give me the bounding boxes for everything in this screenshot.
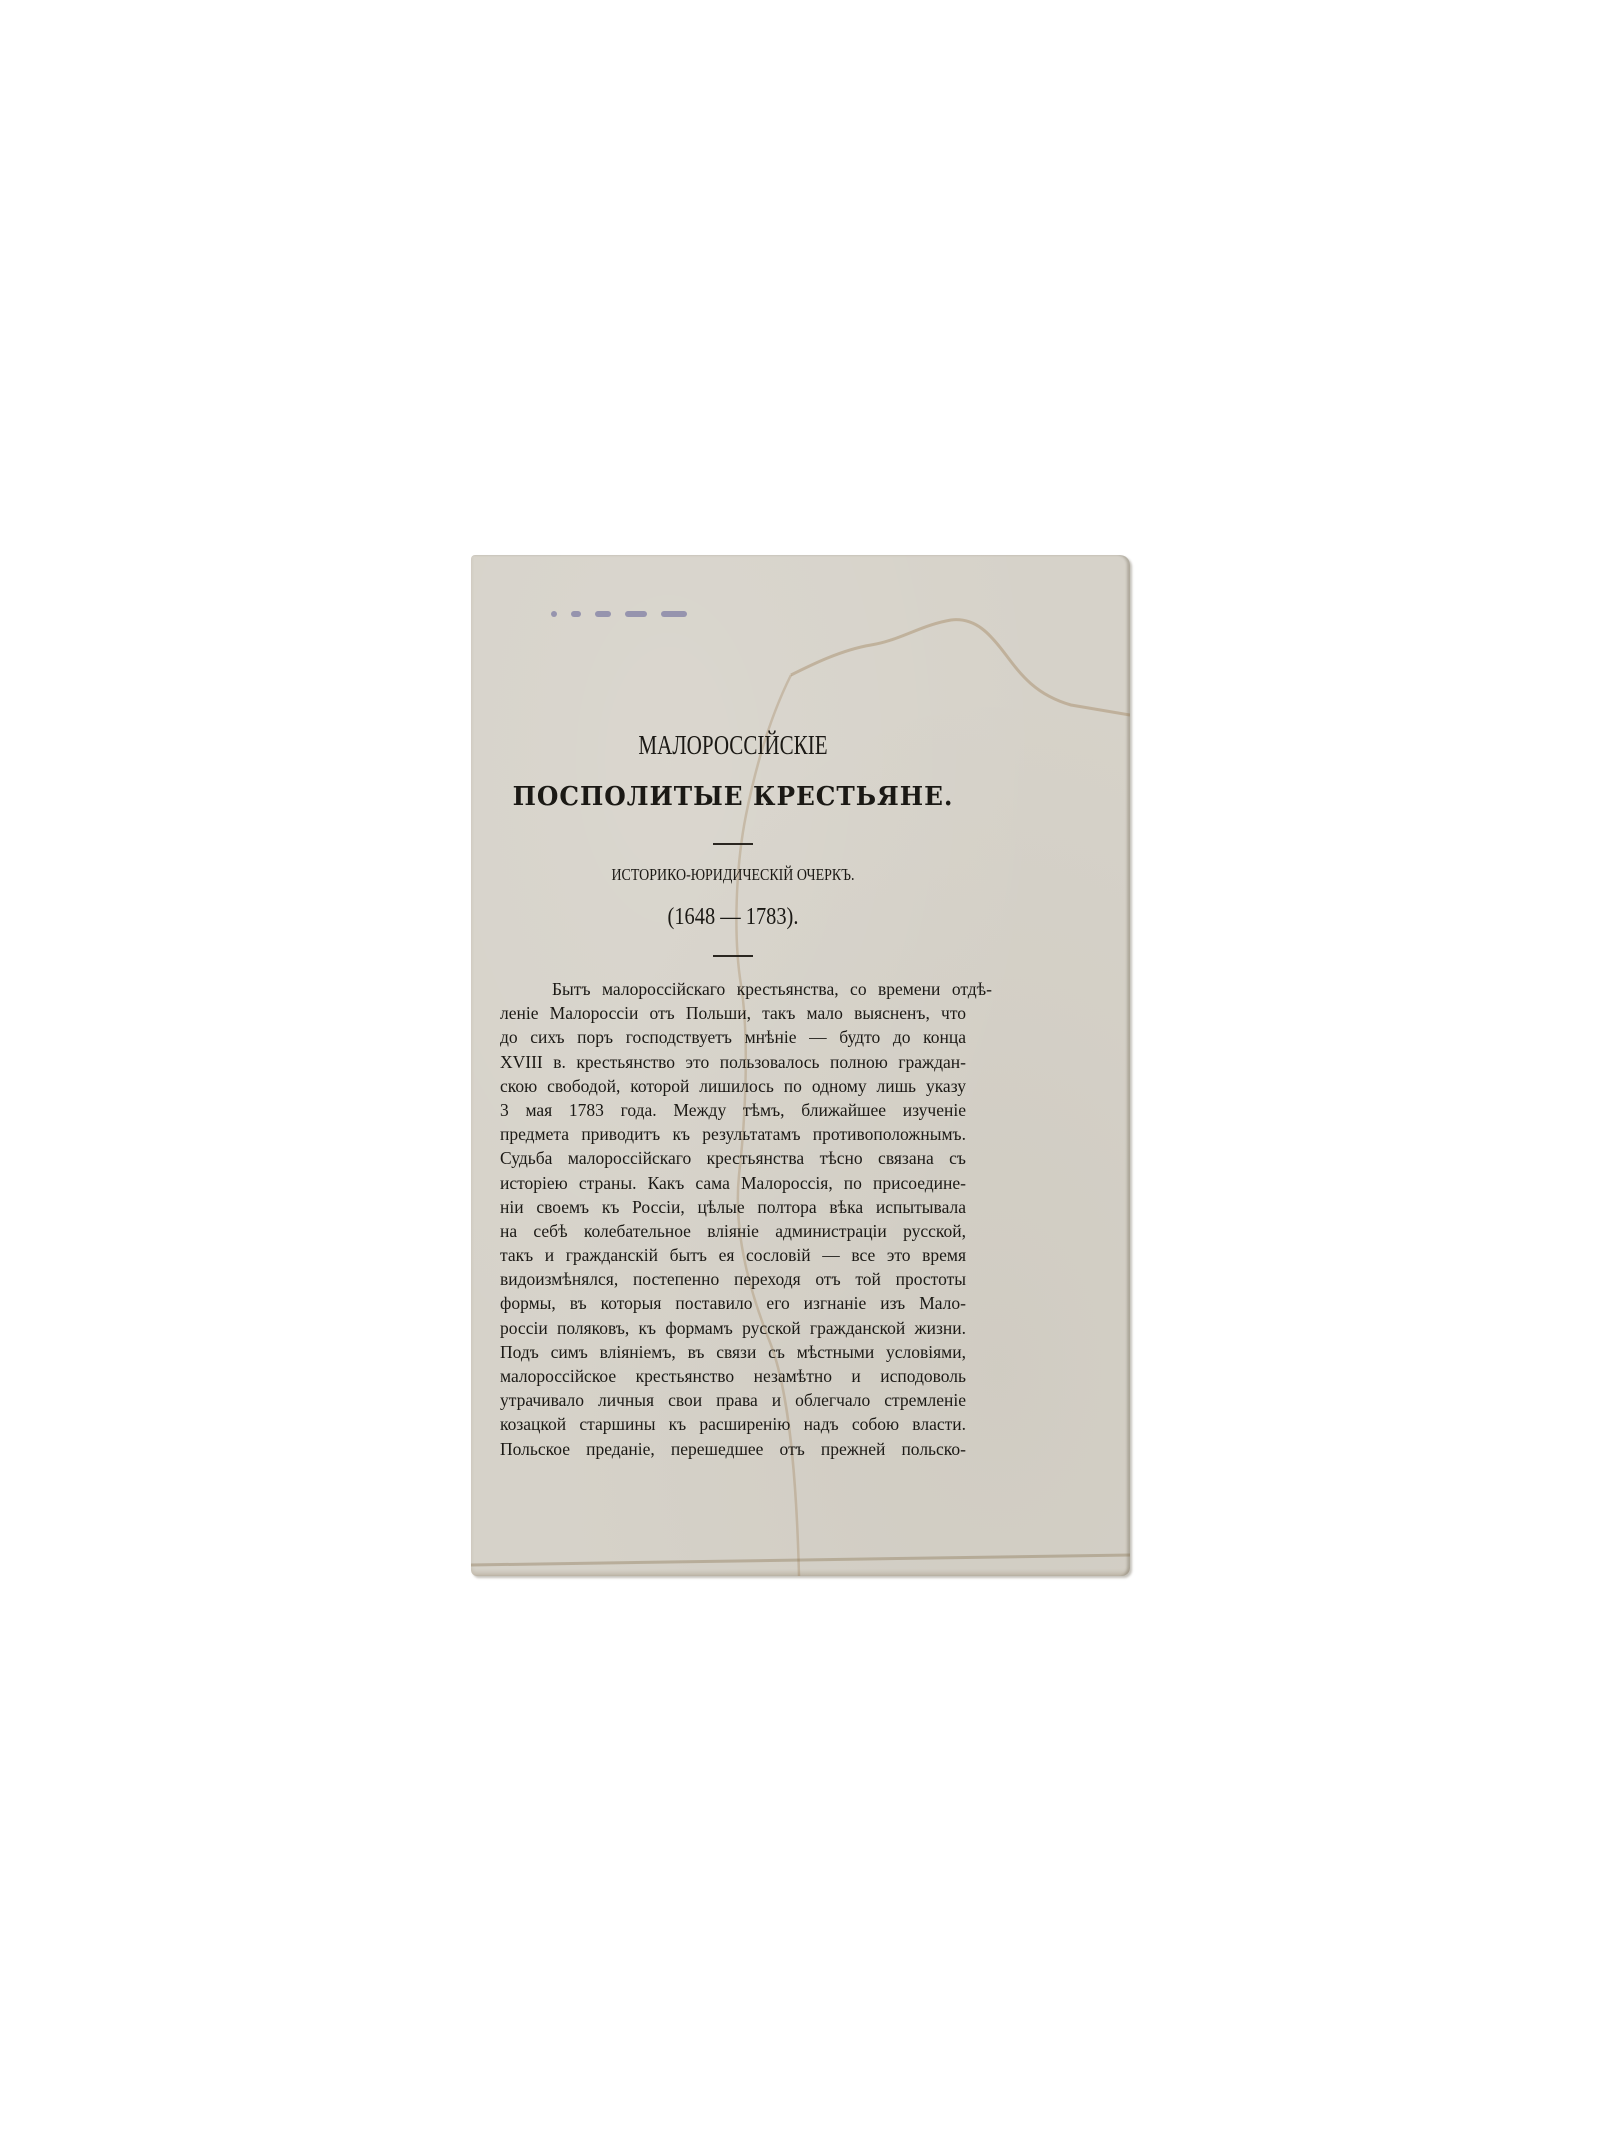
date-range: (1648 — 1783). [535,899,931,935]
body-line: 3 мая 1783 года. Между тѣмъ, ближайшее и… [500,1098,966,1122]
title-line-2: ПОСПОЛИТЫЕ КРЕСТЬЯНЕ. [512,779,955,815]
body-line: до сихъ поръ господствуетъ мнѣніе — будт… [500,1025,966,1049]
body-line: видоизмѣнялся, постепенно переходя отъ т… [500,1267,966,1291]
divider-rule [713,955,753,957]
body-line: утрачивало личныя свои права и облегчало… [500,1388,966,1412]
subtitle: ИСТОРИКО-ЮРИДИЧЕСКІЙ ОЧЕРКЪ. [542,863,924,887]
book-page: МАЛОРОССІЙСКІЕ ПОСПОЛИТЫЕ КРЕСТЬЯНЕ. ИСТ… [471,555,1130,1576]
body-line: предмета приводитъ къ результатамъ проти… [500,1122,966,1146]
body-line: малороссійское крестьянство незамѣтно и … [500,1364,966,1388]
body-line: исторіею страны. Какъ сама Малороссія, п… [500,1171,966,1195]
title-line-1: МАЛОРОССІЙСКІЕ [551,725,914,765]
body-line: россіи поляковъ, къ формамъ русской граж… [500,1316,966,1340]
body-line: скою свободой, которой лишилось по одном… [500,1074,966,1098]
body-line: такъ и гражданскій бытъ ея сословій — вс… [500,1243,966,1267]
divider-rule [713,843,753,845]
body-line: ніи своемъ къ Россіи, цѣлые полтора вѣка… [500,1195,966,1219]
body-line: формы, въ которыя поставило его изгнаніе… [500,1291,966,1315]
body-line: Бытъ малороссійскаго крестьянства, со вр… [500,977,966,1001]
body-line: Судьба малороссійскаго крестьянства тѣсн… [500,1146,966,1170]
body-line: козацкой старшины къ расширенію надъ соб… [500,1412,966,1436]
body-line: на себѣ колебательное вліяніе администра… [500,1219,966,1243]
body-line: Польское преданіе, перешедшее отъ прежне… [500,1437,966,1461]
body-paragraph: Бытъ малороссійскаго крестьянства, со вр… [500,977,966,1461]
text-column: МАЛОРОССІЙСКІЕ ПОСПОЛИТЫЕ КРЕСТЬЯНЕ. ИСТ… [500,725,966,1461]
body-line: Подъ симъ вліяніемъ, въ связи съ мѣстным… [500,1340,966,1364]
body-line: леніе Малороссіи отъ Польши, такъ мало в… [500,1001,966,1025]
library-stamp [551,607,701,621]
body-line: XVIII в. крестьянство это пользовалось п… [500,1050,966,1074]
